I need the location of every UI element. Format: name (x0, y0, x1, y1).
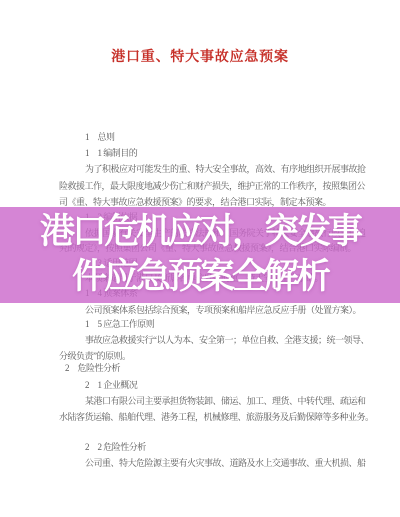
doc-line: 某港口有限公司主要承担货物装卸、储运、加工、理货、中转代理、疏运和 (85, 395, 366, 407)
doc-line: 为了积极应对可能发生的重、特大安全事故，高效、有序地组织开展事故抢 (85, 163, 366, 175)
doc-line: 水陆客货运输、船舶代理、港务工程，机械修理、旅游服务及后勤保障等多种业务。 (59, 411, 374, 423)
doc-line: 分级负责”的原则。 (59, 350, 131, 362)
doc-line: 2 危险性分析 (65, 362, 120, 374)
doc-line: 事故应急救援实行“以人为本、安全第一；单位自救、全港支援；统一领导、 (85, 334, 369, 346)
doc-line: 公司预案体系包括综合预案，专项预案和船岸应急反应手册（处置方案）。 (85, 304, 361, 316)
doc-line: 险救援工作，最大限度地减少伤亡和财产损失，维护正常的工作秩序，按照集团公 (59, 180, 365, 192)
doc-line: 公司重、特大危险源主要有火灾事故、道路及水上交通事故、重大机损、船 (85, 457, 366, 469)
doc-line: 2 1 企业概况 (85, 379, 137, 391)
overlay-band: 港口危机应对，突发事 件应急预案全解析 (0, 207, 400, 303)
doc-line: 1 1 编制目的 (85, 147, 137, 159)
doc-line: 2 2 危险性分析 (85, 441, 146, 453)
overlay-headline-line2: 件应急预案全解析 (72, 255, 328, 300)
document-page: 港口重、特大事故应急预案 1 总则 1 1 编制目的 为了积极应对可能发生的重、… (0, 0, 400, 517)
doc-line: 1 5 应急工作原则 (85, 318, 154, 330)
doc-line: 1 总则 (85, 131, 115, 143)
overlay-headline-line1: 港口危机应对，突发事 (40, 210, 360, 255)
doc-title: 港口重、特大事故应急预案 (0, 49, 400, 66)
